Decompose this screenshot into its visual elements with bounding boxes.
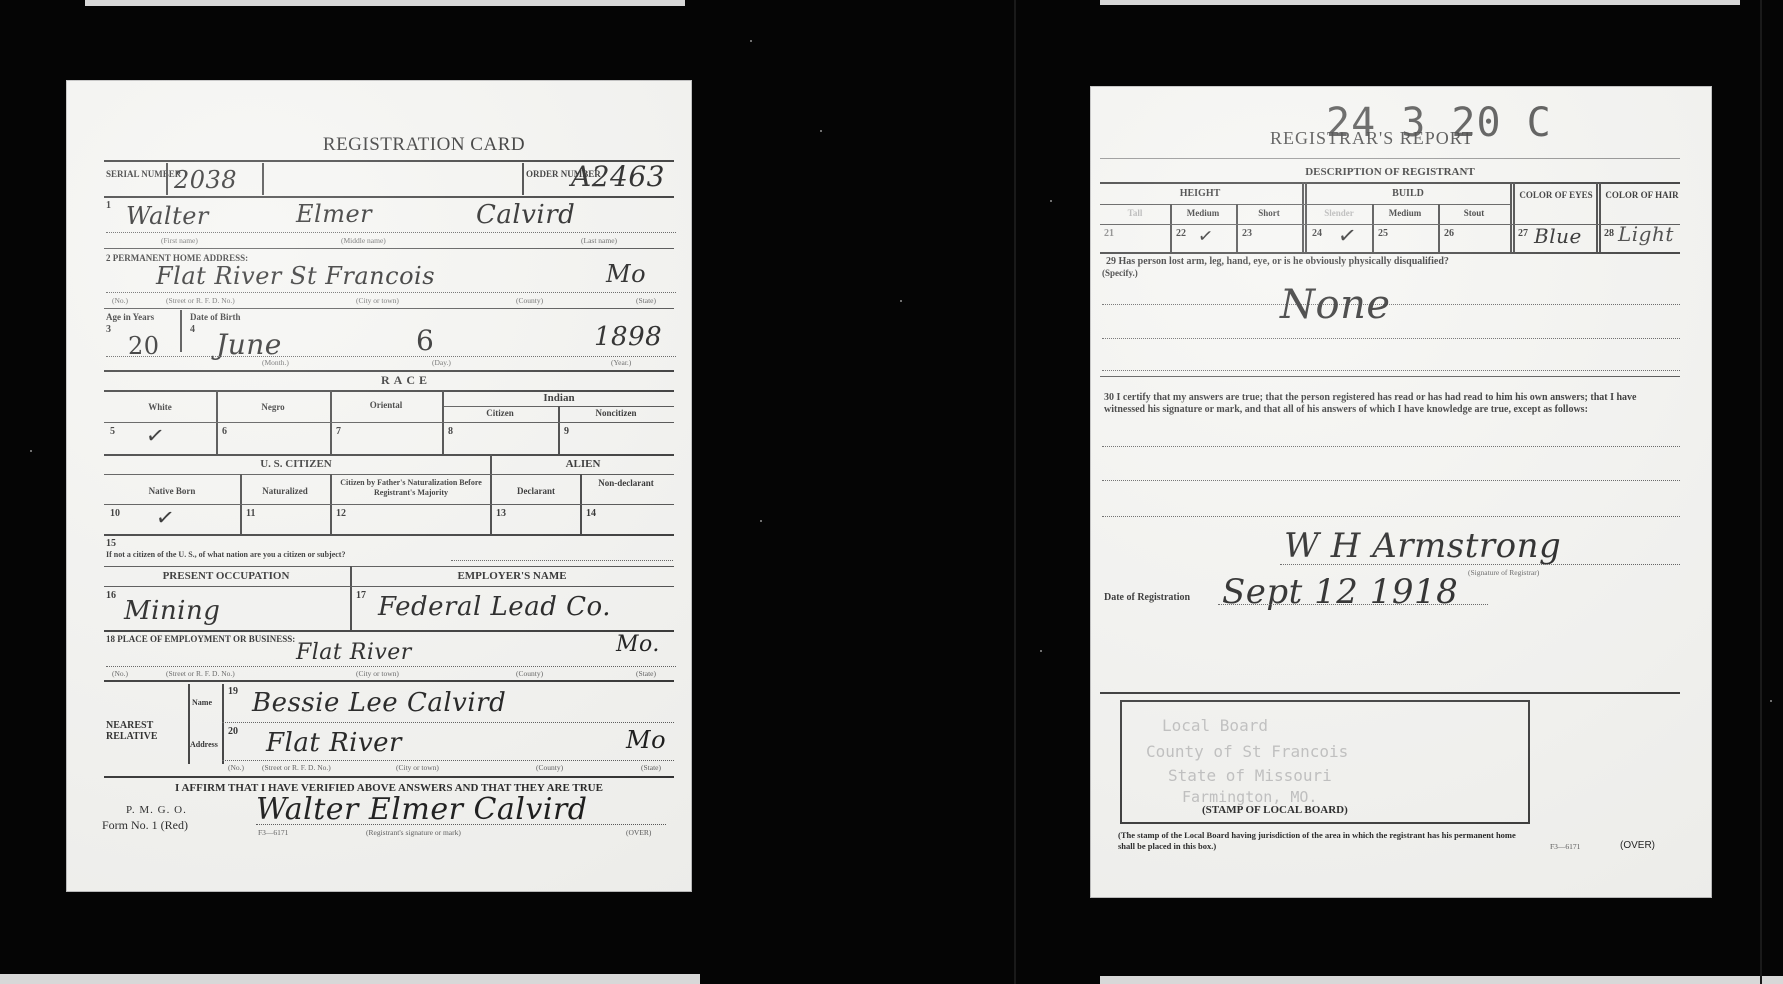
form-pmgo: P. M. G. O.	[126, 804, 187, 816]
build-stout-num: 26	[1444, 228, 1454, 239]
registrant-signature: Walter Elmer Calvird	[256, 792, 588, 827]
divider	[1510, 182, 1512, 252]
month-label: (Month.)	[262, 358, 289, 367]
sublabel-city: (City or town)	[396, 763, 439, 772]
naturalized-num: 11	[246, 508, 255, 519]
sublabel-county: (County)	[516, 669, 543, 678]
last-name-value: Calvird	[476, 200, 575, 230]
relative-name-label: Name	[192, 698, 212, 707]
print-code: F3—6171	[1550, 842, 1580, 851]
rule	[104, 422, 674, 423]
rule	[104, 196, 674, 198]
underline	[256, 824, 666, 825]
underline	[106, 356, 676, 357]
rule	[104, 308, 674, 309]
divider	[1599, 182, 1601, 252]
height-tall-label: Tall	[1100, 208, 1170, 218]
middle-name-value: Elmer	[296, 200, 372, 228]
race-indian-citizen-num: 8	[448, 426, 453, 437]
underline	[106, 666, 676, 667]
race-oriental-label: Oriental	[332, 400, 440, 410]
rule	[1100, 376, 1680, 377]
registration-card-front: REGISTRATION CARD SERIAL NUMBER 2038 ORD…	[66, 80, 692, 892]
date-of-registration-label: Date of Registration	[1104, 592, 1190, 603]
occupation-value: Mining	[124, 596, 220, 626]
stamp-box-label: (STAMP OF LOCAL BOARD)	[1202, 804, 1348, 816]
naturalized-label: Naturalized	[242, 486, 328, 496]
hair-color-heading: COLOR OF HAIR	[1602, 190, 1682, 200]
declarant-label: Declarant	[492, 486, 580, 496]
alien-heading: ALIEN	[492, 458, 674, 470]
sublabel-city: (City or town)	[356, 296, 399, 305]
scan-speck	[760, 520, 762, 522]
sublabel-county: (County)	[516, 296, 543, 305]
order-number-value: A2463	[571, 160, 665, 193]
first-name-label: (First name)	[161, 236, 198, 245]
height-medium-check: ✓	[1197, 225, 1215, 248]
build-slender-check: ✓	[1336, 223, 1358, 250]
film-edge-bottom-left	[0, 974, 700, 984]
q16-number: 16	[106, 590, 116, 601]
over-label: (OVER)	[1620, 840, 1655, 851]
employer-heading: EMPLOYER'S NAME	[352, 570, 672, 582]
race-indian-heading: Indian	[444, 392, 674, 404]
last-name-label: (Last name)	[581, 236, 617, 245]
rule	[1100, 204, 1510, 205]
rule	[104, 248, 674, 249]
race-white-label: White	[106, 402, 214, 412]
rule	[104, 776, 674, 778]
build-medium-num: 25	[1378, 228, 1388, 239]
sublabel-street: (Street or R. F. D. No.)	[262, 763, 331, 772]
height-heading: HEIGHT	[1100, 188, 1300, 199]
race-negro-label: Negro	[218, 402, 328, 412]
rule	[104, 534, 674, 536]
rule	[104, 566, 674, 567]
relative-name-value: Bessie Lee Calvird	[252, 688, 506, 718]
race-indian-citizen-label: Citizen	[444, 408, 556, 418]
rule	[104, 586, 674, 587]
underline	[222, 760, 674, 761]
sublabel-street: (Street or R. F. D. No.)	[166, 669, 235, 678]
sublabel-county: (County)	[536, 763, 563, 772]
underline	[222, 722, 674, 723]
place-of-employment-value: Flat River	[296, 640, 412, 665]
sublabel-no: (No.)	[112, 296, 128, 305]
race-indian-noncitizen-num: 9	[564, 426, 569, 437]
build-slender-num: 24	[1312, 228, 1322, 239]
underline	[106, 232, 676, 233]
declarant-num: 13	[496, 508, 506, 519]
rule	[104, 630, 674, 632]
citizen-by-father-num: 12	[336, 508, 346, 519]
film-divider	[1760, 0, 1762, 984]
build-heading: BUILD	[1308, 188, 1508, 199]
race-white-check: ✓	[144, 423, 166, 450]
underline	[1102, 338, 1680, 339]
race-negro-num: 6	[222, 426, 227, 437]
serial-label: SERIAL NUMBER	[106, 169, 166, 179]
q29-value: None	[1280, 282, 1391, 328]
q29-specify: (Specify.)	[1102, 268, 1138, 278]
divider	[1305, 182, 1307, 252]
rule	[1100, 224, 1680, 225]
film-edge-top-left	[85, 0, 685, 6]
rule	[104, 474, 674, 475]
race-oriental-num: 7	[336, 426, 341, 437]
underline	[451, 560, 673, 561]
divider	[522, 163, 524, 195]
divider	[222, 684, 224, 764]
eye-color-heading: COLOR OF EYES	[1516, 190, 1596, 200]
dob-label: Date of Birth	[190, 312, 241, 322]
rule	[104, 454, 674, 456]
registration-card-back: REGISTRAR'S REPORT 24 3 20 C DESCRIPTION…	[1090, 86, 1712, 898]
scan-speck	[820, 130, 822, 132]
native-born-label: Native Born	[106, 486, 238, 496]
build-slender-label: Slender	[1308, 208, 1370, 218]
q30-certification-text: 30 I certify that my answers are true; t…	[1104, 392, 1676, 416]
non-declarant-num: 14	[586, 508, 596, 519]
occupation-heading: PRESENT OCCUPATION	[106, 570, 346, 582]
rule	[1100, 158, 1680, 159]
nearest-relative-label: NEAREST RELATIVE	[106, 720, 186, 742]
employer-value: Federal Lead Co.	[378, 592, 611, 622]
local-board-stamp-box: Local Board County of St Francois State …	[1120, 700, 1530, 824]
q19-number: 19	[228, 686, 238, 697]
q20-number: 20	[228, 726, 238, 737]
divider	[180, 310, 182, 352]
divider	[1302, 182, 1304, 252]
q3-number: 3	[106, 324, 111, 335]
underline	[1102, 304, 1680, 305]
birth-year-value: 1898	[594, 322, 662, 352]
hair-color-value: Light	[1618, 222, 1674, 246]
eye-color-value: Blue	[1534, 224, 1582, 248]
serial-stamp-number: 24 3 20 C	[1326, 100, 1552, 146]
underline	[1280, 564, 1680, 565]
sublabel-state: (State)	[636, 296, 656, 305]
serial-number-value: 2038	[174, 166, 237, 194]
scan-speck	[30, 450, 32, 452]
q4-number: 4	[190, 324, 195, 335]
scan-speck	[750, 40, 752, 42]
native-born-check: ✓	[154, 505, 176, 532]
underline	[1102, 516, 1680, 517]
divider	[1596, 182, 1598, 252]
sublabel-no: (No.)	[112, 669, 128, 678]
year-label: (Year.)	[611, 358, 631, 367]
height-medium-label: Medium	[1172, 208, 1234, 218]
q15-number: 15	[106, 538, 116, 549]
home-address-value: Flat River St Francois	[156, 262, 435, 290]
us-citizen-heading: U. S. CITIZEN	[106, 458, 486, 470]
non-declarant-label: Non-declarant	[586, 478, 666, 488]
divider	[166, 163, 168, 195]
underline	[1218, 604, 1488, 605]
rule	[1100, 182, 1680, 184]
underline	[1102, 480, 1680, 481]
q15-label: If not a citizen of the U. S., of what n…	[106, 550, 345, 559]
order-label: ORDER NUMBER	[526, 169, 572, 179]
height-short-label: Short	[1238, 208, 1300, 218]
print-code: F3—6171	[258, 828, 288, 837]
place-of-employment-state: Mo.	[616, 632, 660, 657]
sublabel-city: (City or town)	[356, 669, 399, 678]
rule	[1100, 692, 1680, 694]
form-number: Form No. 1 (Red)	[102, 818, 188, 833]
scan-speck	[1040, 650, 1042, 652]
height-tall-num: 21	[1104, 228, 1114, 239]
place-of-employment-label: 18 PLACE OF EMPLOYMENT OR BUSINESS:	[106, 634, 295, 644]
height-short-num: 23	[1242, 228, 1252, 239]
hair-color-num: 28	[1604, 228, 1614, 239]
film-edge-bottom-right	[1100, 976, 1783, 984]
sublabel-state: (State)	[641, 763, 661, 772]
build-medium-label: Medium	[1374, 208, 1436, 218]
day-label: (Day.)	[432, 358, 451, 367]
divider	[188, 684, 190, 764]
middle-name-label: (Middle name)	[341, 236, 386, 245]
home-state-value: Mo	[606, 260, 646, 288]
scan-speck	[1770, 700, 1772, 702]
q17-number: 17	[356, 590, 366, 601]
sublabel-street: (Street or R. F. D. No.)	[166, 296, 235, 305]
height-medium-num: 22	[1176, 228, 1186, 239]
sublabel-state: (State)	[636, 669, 656, 678]
race-white-num: 5	[110, 426, 115, 437]
underline	[106, 292, 676, 293]
underline	[1102, 446, 1680, 447]
build-stout-label: Stout	[1440, 208, 1508, 218]
relative-address-value: Flat River	[266, 728, 402, 758]
stamp-instruction-note: (The stamp of the Local Board having jur…	[1118, 830, 1528, 852]
stamp-line: Local Board	[1162, 716, 1268, 735]
film-edge-top-right	[1100, 0, 1740, 5]
eye-color-num: 27	[1518, 228, 1528, 239]
date-of-registration-value: Sept 12 1918	[1222, 572, 1458, 612]
underline	[1102, 370, 1680, 371]
stamp-line: State of Missouri	[1168, 766, 1332, 785]
relative-address-state: Mo	[626, 726, 666, 754]
registrar-signature: W H Armstrong	[1284, 526, 1561, 566]
sublabel-no: (No.)	[228, 763, 244, 772]
stamp-line: County of St Francois	[1146, 742, 1348, 761]
citizen-by-father-label: Citizen by Father's Naturalization Befor…	[336, 478, 486, 498]
rule	[104, 504, 674, 505]
signature-label: (Registrant's signature or mark)	[366, 828, 461, 837]
scan-speck	[1050, 200, 1052, 202]
birth-day-value: 6	[416, 324, 434, 357]
film-divider	[1014, 0, 1016, 984]
divider	[262, 163, 264, 195]
q1-number: 1	[106, 200, 111, 211]
scan-speck	[900, 300, 902, 302]
q29-label: 29 Has person lost arm, leg, hand, eye, …	[1106, 256, 1449, 267]
divider	[1513, 182, 1515, 252]
first-name-value: Walter	[126, 202, 209, 230]
race-indian-noncitizen-label: Noncitizen	[560, 408, 672, 418]
registrar-signature-label: (Signature of Registrar)	[1468, 568, 1539, 577]
rule	[1100, 252, 1680, 254]
rule	[104, 370, 674, 372]
card-title: REGISTRATION CARD	[66, 134, 692, 156]
race-heading: RACE	[346, 373, 466, 388]
rule	[104, 680, 674, 682]
native-born-num: 10	[110, 508, 120, 519]
relative-address-label: Address	[190, 740, 218, 749]
age-label: Age in Years	[106, 312, 154, 322]
description-heading: DESCRIPTION OF REGISTRANT	[1210, 166, 1570, 178]
over-label: (OVER)	[626, 828, 651, 837]
